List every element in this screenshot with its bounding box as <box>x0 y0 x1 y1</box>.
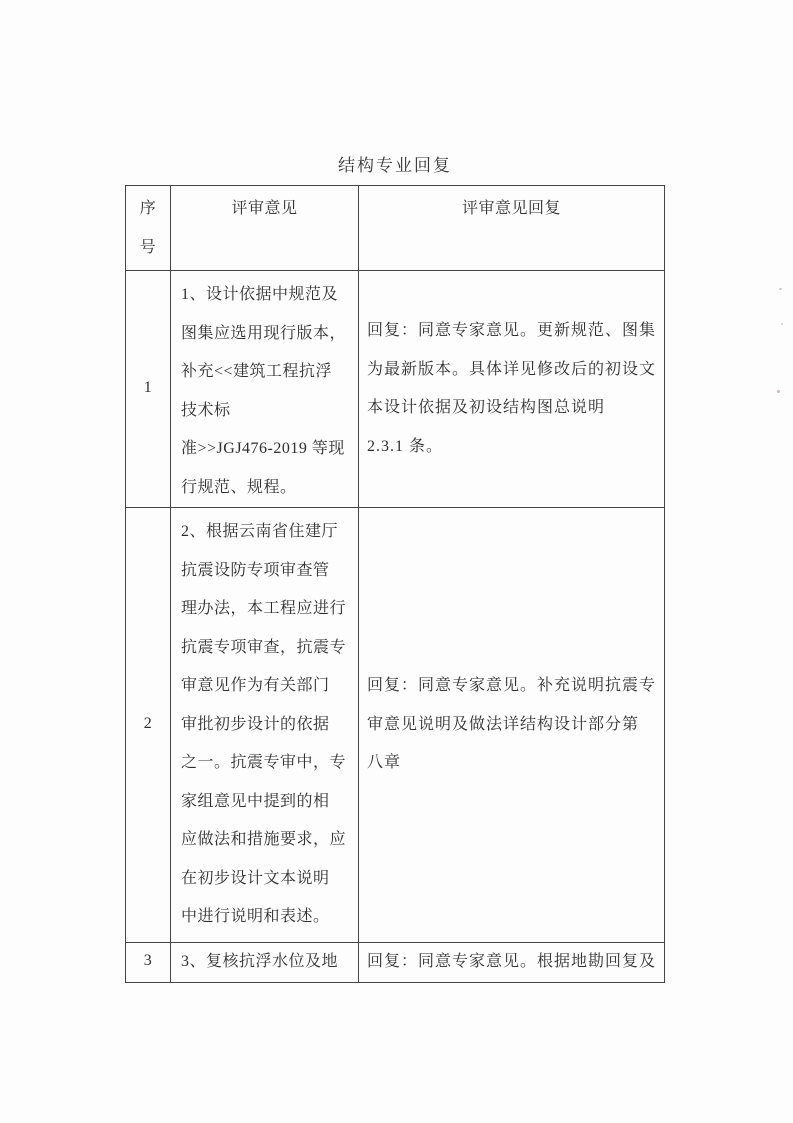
row-number: 2 <box>126 508 171 943</box>
page-title: 结构专业回复 <box>125 151 665 176</box>
opinion-cell: 2、根据云南省住建厅 抗震设防专项审查管 理办法，本工程应进行 抗震专项审查，抗… <box>171 508 359 943</box>
document-page: 结构专业回复 序 号 评审意见 评审意见回复 1 1、设计依据中规范及 图集应选… <box>0 0 793 1123</box>
scan-speck <box>781 323 783 325</box>
row-number: 3 <box>126 943 171 982</box>
reply-cell: 回复：同意专家意见。补充说明抗震专 审意见说明及做法详结构设计部分第 八章 <box>359 508 664 943</box>
review-table: 序 号 评审意见 评审意见回复 1 1、设计依据中规范及 图集应选用现行版本， … <box>125 185 665 983</box>
header-opinion: 评审意见 <box>171 186 359 271</box>
header-seq: 序 号 <box>126 186 171 271</box>
reply-cell: 回复：同意专家意见。根据地勘回复及 <box>359 943 664 982</box>
scan-speck <box>779 288 782 290</box>
scan-speck <box>777 390 780 393</box>
reply-cell: 回复：同意专家意见。更新规范、图集 为最新版本。具体详见修改后的初设文 本设计依… <box>359 271 664 508</box>
opinion-cell: 1、设计依据中规范及 图集应选用现行版本， 补充<<建筑工程抗浮 技术标 准>>… <box>171 271 359 508</box>
opinion-cell: 3、复核抗浮水位及地 <box>171 943 359 982</box>
row-number: 1 <box>126 271 171 508</box>
header-reply: 评审意见回复 <box>359 186 664 271</box>
